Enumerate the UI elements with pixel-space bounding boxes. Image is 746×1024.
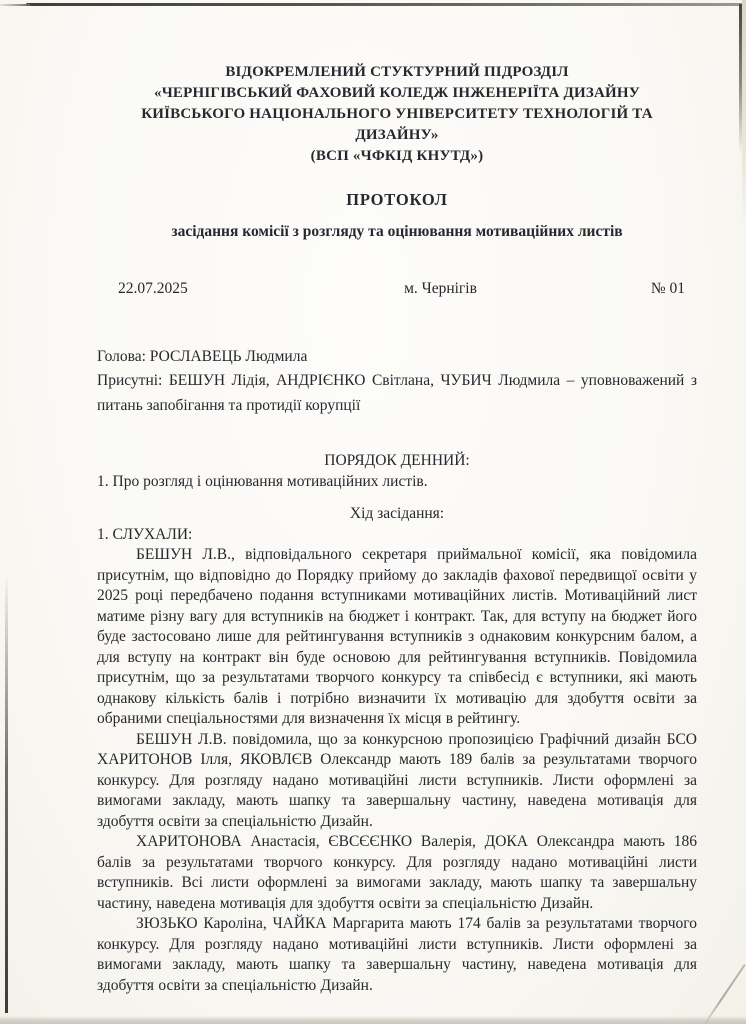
agenda-item-1: 1. Про розгляд і оцінювання мотиваційних… <box>97 472 697 493</box>
scan-edge-right-strip <box>742 0 746 230</box>
org-header-line-2: «ЧЕРНІГІВСЬКИЙ ФАХОВИЙ КОЛЕДЖ ІНЖЕНЕРІЇТ… <box>97 83 697 104</box>
heard-heading: 1. СЛУХАЛИ: <box>97 525 697 546</box>
scanned-document-page: ВІДОКРЕМЛЕНИЙ СТУКТУРНИЙ ПІДРОЗДІЛ «ЧЕРН… <box>0 0 746 1024</box>
org-header-line-1: ВІДОКРЕМЛЕНИЙ СТУКТУРНИЙ ПІДРОЗДІЛ <box>97 62 697 83</box>
document-subtitle: засідання комісії з розгляду та оцінюван… <box>97 222 697 243</box>
organization-header: ВІДОКРЕМЛЕНИЙ СТУКТУРНИЙ ПІДРОЗДІЛ «ЧЕРН… <box>97 62 697 167</box>
org-header-line-5: (ВСП «ЧФКІД КНУТД») <box>97 146 697 167</box>
document-title: ПРОТОКОЛ <box>97 190 697 211</box>
scan-edge-top <box>26 3 744 6</box>
scan-edge-bottom <box>0 1016 746 1024</box>
agenda-title: ПОРЯДОК ДЕННИЙ: <box>97 451 697 472</box>
protocol-date: 22.07.2025 <box>118 279 248 300</box>
attendees-line: Присутні: БЕШУН Лідія, АНДРІЄНКО Світлан… <box>97 369 697 418</box>
org-header-line-4: ДИЗАЙНУ» <box>97 125 697 146</box>
document-body: ВІДОКРЕМЛЕНИЙ СТУКТУРНИЙ ПІДРОЗДІЛ «ЧЕРН… <box>97 62 697 996</box>
minutes-paragraph-4: ЗЮЗЬКО Кароліна, ЧАЙКА Маргарита мають 1… <box>97 914 697 996</box>
protocol-meta-row: 22.07.2025 м. Чернігів № 01 <box>97 279 697 300</box>
scan-edge-top-left <box>0 4 30 6</box>
minutes-paragraph-2: БЕШУН Л.В. повідомила, що за конкурсною … <box>97 730 697 833</box>
minutes-paragraph-1: БЕШУН Л.В., відповідального секретаря пр… <box>97 545 697 730</box>
protocol-number: № 01 <box>633 279 685 300</box>
org-header-line-3: КИЇВСЬКОГО НАЦІОНАЛЬНОГО УНІВЕРСИТЕТУ ТЕ… <box>97 104 697 125</box>
scan-crease-diagonal <box>700 964 745 1024</box>
participants-block: Голова: РОСЛАВЕЦЬ Людмила Присутні: БЕШУ… <box>97 345 697 419</box>
chair-line: Голова: РОСЛАВЕЦЬ Людмила <box>97 345 697 370</box>
scan-edge-left <box>5 573 8 1013</box>
proceedings-title: Хід засідання: <box>97 504 697 525</box>
scan-edge-right <box>739 4 742 154</box>
protocol-place: м. Чернігів <box>248 279 633 300</box>
minutes-paragraph-3: ХАРИТОНОВА Анастасія, ЄВСЄЄНКО Валерія, … <box>97 832 697 914</box>
